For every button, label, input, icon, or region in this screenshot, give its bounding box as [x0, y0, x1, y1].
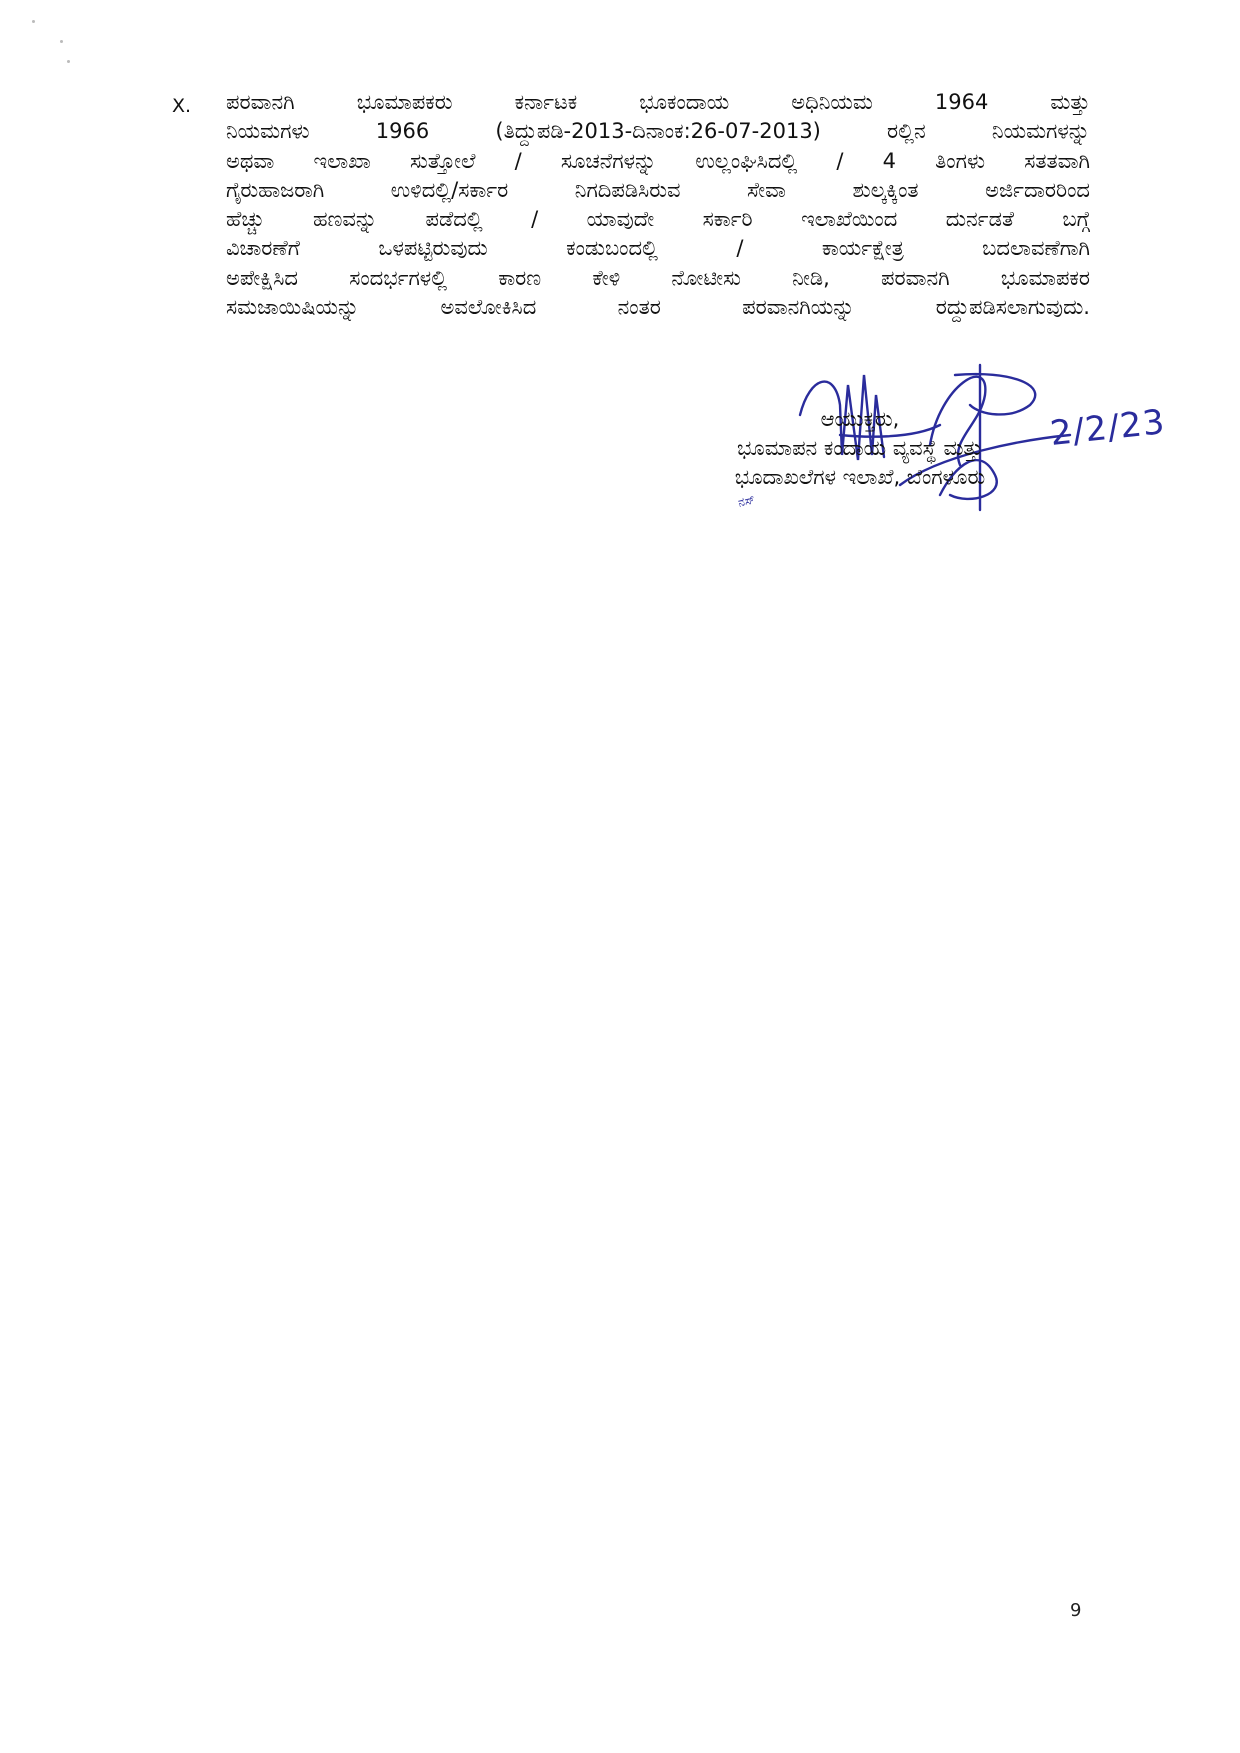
paragraph-line: ನಿಯಮಗಳು 1966 (ತಿದ್ದುಪಡಿ-2013-ದಿನಾಂಕ:26-0… [226, 117, 1090, 146]
signatory-block: ಆಯುಕ್ತರು, ಭೂಮಾಪನ ಕಂದಾಯ ವ್ಯವಸ್ಥೆ ಮತ್ತು ಭೂ… [640, 405, 1080, 492]
paragraph-line: ಅಥವಾ ಇಲಾಖಾ ಸುತ್ತೋಲೆ / ಸೂಚನೆಗಳನ್ನು ಉಲ್ಲಂಘ… [226, 147, 1090, 176]
scan-speck [60, 40, 63, 43]
list-item-marker: X. [172, 95, 191, 117]
handwritten-initial: ನಸ್ [737, 492, 757, 510]
signatory-title: ಆಯುಕ್ತರು, [640, 405, 1080, 434]
paragraph-line: ಗೈರುಹಾಜರಾಗಿ ಉಳಿದಲ್ಲಿ/ಸರ್ಕಾರ ನಿಗದಿಪಡಿಸಿರು… [226, 176, 1090, 205]
document-page: X. ಪರವಾನಗಿ ಭೂಮಾಪಕರು ಕರ್ನಾಟಕ ಭೂಕಂದಾಯ ಅಧಿನ… [0, 0, 1240, 1753]
scan-speck [32, 20, 35, 23]
paragraph-line: ಅಪೇಕ್ಷಿಸಿದ ಸಂದರ್ಭಗಳಲ್ಲಿ ಕಾರಣ ಕೇಳಿ ನೋಟೀಸು… [226, 264, 1090, 293]
page-number: 9 [1070, 1600, 1081, 1621]
signatory-office-line2: ಭೂದಾಖಲೆಗಳ ಇಲಾಖೆ, ಬೆಂಗಳೂರು [640, 463, 1080, 492]
paragraph-line: ಪರವಾನಗಿ ಭೂಮಾಪಕರು ಕರ್ನಾಟಕ ಭೂಕಂದಾಯ ಅಧಿನಿಯಮ… [226, 88, 1090, 117]
paragraph-line: ಹೆಚ್ಚು ಹಣವನ್ನು ಪಡೆದಲ್ಲಿ / ಯಾವುದೇ ಸರ್ಕಾರಿ… [226, 205, 1090, 234]
paragraph-line: ವಿಚಾರಣೆಗೆ ಒಳಪಟ್ಟಿರುವುದು ಕಂಡುಬಂದಲ್ಲಿ / ಕಾ… [226, 234, 1090, 263]
signatory-office-line1: ಭೂಮಾಪನ ಕಂದಾಯ ವ್ಯವಸ್ಥೆ ಮತ್ತು [640, 434, 1080, 463]
clause-paragraph: ಪರವಾನಗಿ ಭೂಮಾಪಕರು ಕರ್ನಾಟಕ ಭೂಕಂದಾಯ ಅಧಿನಿಯಮ… [226, 88, 1090, 322]
scan-speck [67, 60, 70, 63]
paragraph-line: ಸಮಜಾಯಿಷಿಯನ್ನು ಅವಲೋಕಿಸಿದ ನಂತರ ಪರವಾನಗಿಯನ್ನ… [226, 293, 1090, 322]
